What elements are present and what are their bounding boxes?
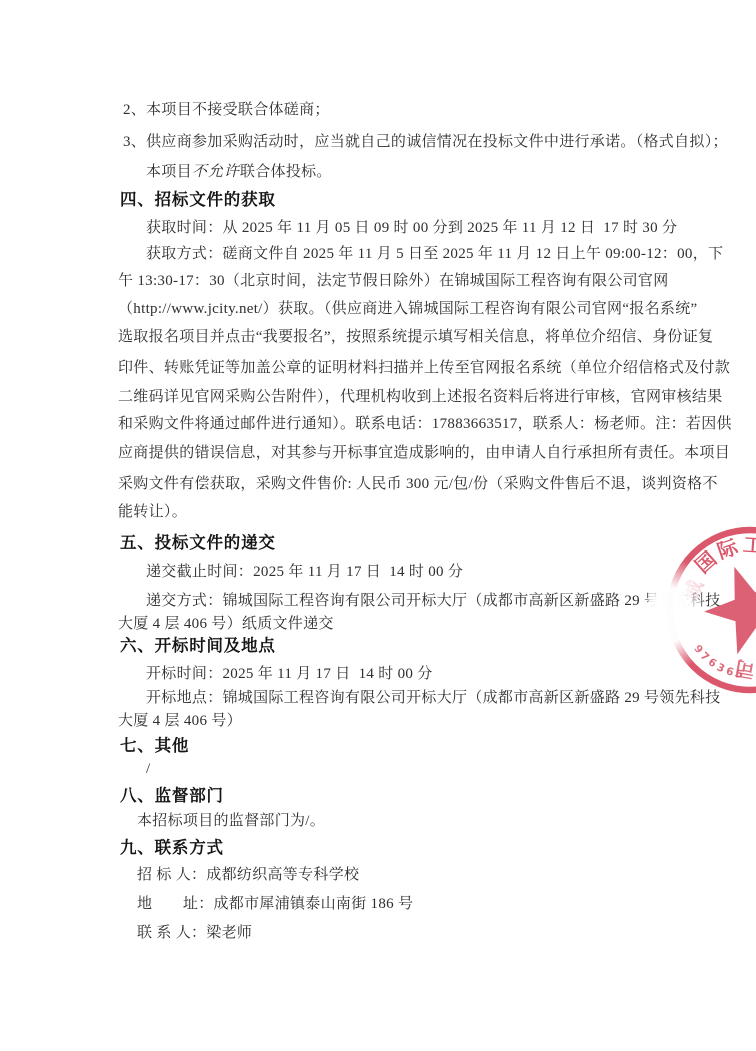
section-8-line: 本招标项目的监督部门为/。 xyxy=(137,812,325,831)
section-6-heading: 六、开标时间及地点 xyxy=(120,636,276,656)
contact-address-line: 地 址：成都市犀浦镇泰山南街 186 号 xyxy=(137,895,413,914)
seal-star-icon xyxy=(704,567,756,654)
document-page: 2、本项目不接受联合体磋商； 3、供应商参加采购活动时，应当就自己的诚信情况在投… xyxy=(0,0,756,1051)
contact-bidder-line: 招 标 人：成都纺织高等专科学校 xyxy=(137,866,359,885)
seal-faded-ink-area xyxy=(648,560,706,670)
section-7-heading: 七、其他 xyxy=(120,736,189,756)
section-6-line: 大厦 4 层 406 号） xyxy=(118,712,242,731)
section-9-heading: 九、联系方式 xyxy=(120,838,224,858)
section-4-line: 采购文件有偿获取，采购文件售价: 人民币 300 元/包/份（采购文件售后不退，… xyxy=(118,475,718,494)
section-4-line: 和采购文件将通过邮件进行通知）。联系电话：17883663517，联系人：杨老师… xyxy=(118,415,732,434)
section-5-heading: 五、投标文件的递交 xyxy=(120,533,276,553)
section-4-line: 获取方式：磋商文件自 2025 年 11 月 5 日至 2025 年 11 月 … xyxy=(146,245,723,264)
section-5-line: 大厦 4 层 406 号）纸质文件递交 xyxy=(118,615,334,634)
section-5-line: 递交方式：锦城国际工程咨询有限公司开标大厅（成都市高新区新盛路 29 号领先科技 xyxy=(146,592,721,611)
section-4-line: （http://www.jcity.net/）获取。（供应商进入锦城国际工程咨询… xyxy=(118,300,697,319)
section-7-line: / xyxy=(146,760,150,779)
section-4-line: 午 13:30-17：30（北京时间，法定节假日除外）在锦城国际工程咨询有限公司… xyxy=(118,272,669,291)
section-4-line: 选取报名项目并点击“我要报名”，按照系统提示填写相关信息，将单位介绍信、身份证复 xyxy=(118,328,713,347)
contact-person-line: 联 系 人：梁老师 xyxy=(137,924,252,943)
section-8-heading: 八、监督部门 xyxy=(120,786,224,806)
section-4-line: 应商提供的错误信息，对其参与开标事宜造成影响的，由申请人自行承担所有责任。本项目 xyxy=(118,444,730,463)
preamble-item-3: 3、供应商参加采购活动时，应当就自己的诚信情况在投标文件中进行承诺。（格式自拟）… xyxy=(123,133,728,152)
note-pre: 本项目 xyxy=(146,164,192,180)
section-4-line: 印件、转账凭证等加盖公章的证明材料扫描并上传至官网报名系统（单位介绍信格式及付款 xyxy=(118,359,730,378)
section-4-line: 能转让）。 xyxy=(118,503,187,522)
section-5-line: 递交截止时间：2025 年 11 月 17 日 14 时 00 分 xyxy=(146,563,463,582)
section-6-line: 开标地点：锦城国际工程咨询有限公司开标大厅（成都市高新区新盛路 29 号领先科技 xyxy=(146,689,721,708)
note-emphasis-not-allowed: 不允许 xyxy=(192,164,240,180)
preamble-item-2: 2、本项目不接受联合体磋商； xyxy=(123,101,330,120)
preamble-item-3-note: 本项目不允许联合体投标。 xyxy=(146,163,332,182)
section-4-line: 获取时间：从 2025 年 11 月 05 日 09 时 00 分到 2025 … xyxy=(146,219,677,238)
section-6-line: 开标时间：2025 年 11 月 17 日 14 时 00 分 xyxy=(146,665,433,684)
note-post: 联合体投标。 xyxy=(240,164,332,180)
section-4-heading: 四、招标文件的获取 xyxy=(120,190,276,210)
section-4-line: 二维码详见官网采购公告附件），代理机构收到上述报名资料后将进行审核，官网审核结果 xyxy=(118,388,723,407)
